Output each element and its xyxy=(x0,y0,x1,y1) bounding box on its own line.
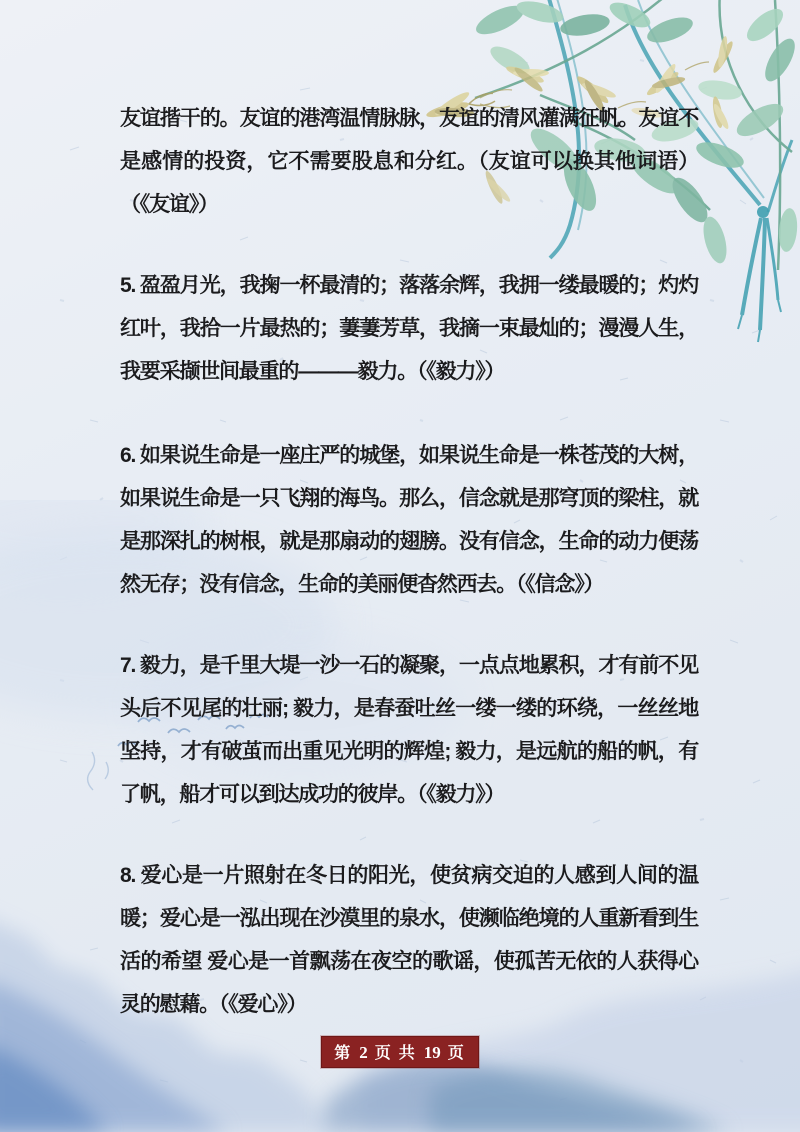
paragraph-text: 友谊揩干的。友谊的港湾温情脉脉，友谊的清风灌满征帆。友谊不是感情的投资，它不需要… xyxy=(120,97,698,226)
current-page-number: 2 xyxy=(359,1043,368,1063)
document-page: 友谊揩干的。友谊的港湾温情脉脉，友谊的清风灌满征帆。友谊不是感情的投资，它不需要… xyxy=(0,0,800,1132)
page-number-badge: 第 2 页 共 19 页 xyxy=(321,1036,479,1068)
paragraph-text: 8. 爱心是一片照射在冬日的阳光，使贫病交迫的人感到人间的温暖；爱心是一泓出现在… xyxy=(120,854,698,1026)
total-page-number: 19 xyxy=(424,1043,441,1063)
page-label-prefix: 第 xyxy=(334,1040,352,1063)
page-footer: 第 2 页 共 19 页 xyxy=(0,1036,800,1068)
page-label-middle: 页 共 xyxy=(375,1040,417,1063)
paragraph-text: 7. 毅力，是千里大堤一沙一石的凝聚，一点点地累积，才有前不见头后不见尾的壮丽;… xyxy=(120,644,698,816)
paragraph-text: 6. 如果说生命是一座庄严的城堡，如果说生命是一株苍茂的大树，如果说生命是一只飞… xyxy=(120,434,698,606)
paragraph-text: 5. 盈盈月光，我掬一杯最清的；落落余辉，我拥一缕最暖的；灼灼红叶，我拾一片最热… xyxy=(120,264,698,393)
page-label-suffix: 页 xyxy=(448,1040,466,1063)
